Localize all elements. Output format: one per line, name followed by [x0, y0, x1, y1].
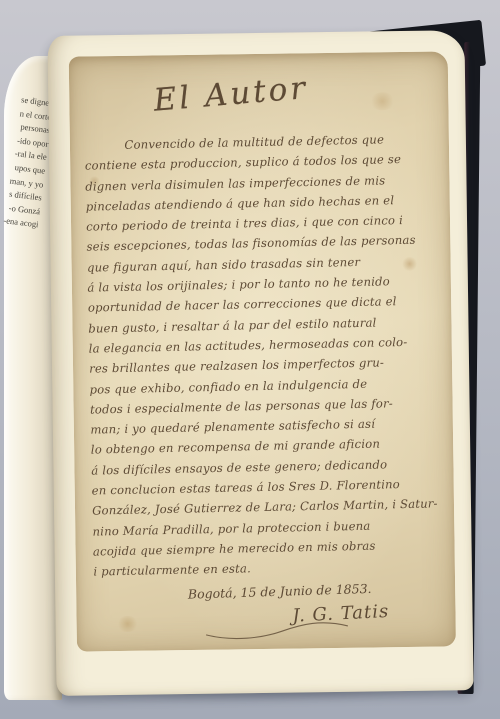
album-page: El Autor Convencido de la multitud de de…	[47, 30, 473, 696]
facing-page-text: se dignenn el cortopersonasido opor-ral …	[0, 92, 54, 233]
manuscript-signature: J. G. Tatis	[292, 600, 390, 626]
manuscript-title: El Autor	[69, 61, 421, 129]
manuscript-body: Convencido de la multitud de defectos qu…	[69, 128, 456, 582]
signature-flourish	[202, 619, 353, 642]
manuscript-plate: El Autor Convencido de la multitud de de…	[69, 51, 456, 651]
manuscript-text: El Autor Convencido de la multitud de de…	[69, 51, 456, 651]
photo-backdrop: se dignenn el cortopersonasido opor-ral …	[0, 0, 500, 719]
manuscript-signature-row: J. G. Tatis	[76, 597, 456, 648]
